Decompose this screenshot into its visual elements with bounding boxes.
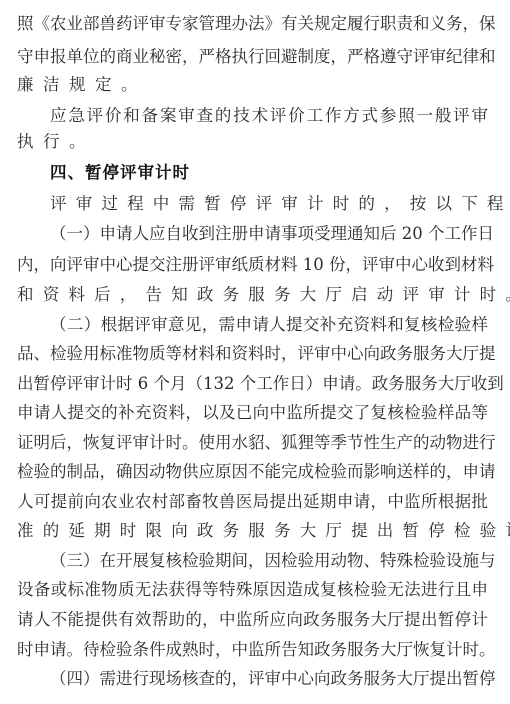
text-line: （二）根据评审意见，需申请人提交补充资料和复核检验样 (50, 313, 488, 337)
section-heading: 四、暂停评审计时 (50, 161, 488, 185)
text-line: 和资料后，告知政务服务大厅启动评审计时。 (17, 283, 488, 307)
text-line: （三）在开展复核检验期间，因检验用动物、特殊检验设施与 (50, 549, 488, 573)
text-line: 内，向评审中心提交注册评审纸质材料 10 份，评审中心收到材料 (17, 253, 488, 277)
text-line: 廉洁规定。 (17, 73, 488, 97)
text-line: 照《农业部兽药评审专家管理办法》有关规定履行职责和义务，保 (17, 12, 488, 36)
document-page: 照《农业部兽药评审专家管理办法》有关规定履行职责和义务，保 守申报单位的商业秘密… (0, 0, 510, 704)
text-line: 出暂停评审计时 6 个月（132 个工作日）申请。政务服务大厅收到 (17, 372, 488, 396)
text-line: 执行。 (17, 130, 488, 154)
text-line: 守申报单位的商业秘密，严格执行回避制度，严格遵守评审纪律和 (17, 45, 488, 69)
text-line: 准的延期时限向政务服务大厅提出暂停检验计时申请。 (17, 519, 488, 543)
text-line: （一）申请人应自收到注册申请事项受理通知后 20 个工作日 (50, 222, 488, 246)
text-line: 应急评价和备案审查的技术评价工作方式参照一般评审 (50, 104, 488, 128)
text-line: 检验的制品，确因动物供应原因不能完成检验而影响送样的，申请 (17, 460, 488, 484)
text-line: 设备或标准物质无法获得等特殊原因造成复核检验无法进行且申 (17, 578, 488, 602)
text-line: 请人不能提供有效帮助的，中监所应向政务服务大厅提出暂停计 (17, 608, 488, 632)
text-line: 申请人提交的补充资料，以及已向中监所提交了复核检验样品等 (17, 401, 488, 425)
text-line: 品、检验用标准物质等材料和资料时，评审中心向政务服务大厅提 (17, 342, 488, 366)
text-line: 评审过程中需暂停评审计时的，按以下程序办理。 (50, 192, 488, 216)
text-line: （四）需进行现场核查的，评审中心向政务服务大厅提出暂停 (50, 667, 488, 691)
text-line: 证明后，恢复评审计时。使用水貂、狐狸等季节性生产的动物进行 (17, 431, 488, 455)
text-line: 时申请。待检验条件成熟时，中监所告知政务服务大厅恢复计时。 (17, 638, 488, 662)
text-line: 人可提前向农业农村部畜牧兽医局提出延期申请，中监所根据批 (17, 490, 488, 514)
